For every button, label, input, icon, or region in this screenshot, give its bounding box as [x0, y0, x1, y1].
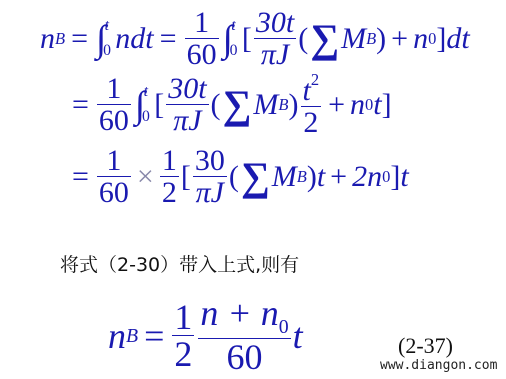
paren-open: ( [229, 160, 239, 194]
equals: = [71, 22, 88, 56]
paren-close: ) [289, 88, 299, 122]
dt: dt [446, 22, 469, 56]
sigma-icon: ∑ [223, 85, 252, 126]
paren-close: ) [307, 160, 317, 194]
bracket-open: [ [154, 88, 164, 122]
bracket-open: [ [181, 160, 191, 194]
plus: + [330, 160, 347, 194]
sub-b: B [278, 95, 288, 115]
fraction-30-piJ: 30πJ [193, 146, 227, 209]
var-n: n [108, 315, 126, 357]
integral-sign: ∫t0 [135, 84, 145, 127]
sub-0: 0 [428, 29, 436, 49]
caption-text: 将式（2-30）带入上式,则有 [60, 250, 299, 277]
bracket-close: ] [390, 160, 400, 194]
fraction-1-60: 160 [97, 146, 131, 209]
sub-0: 0 [382, 167, 390, 187]
var-m: M [272, 160, 297, 194]
var-t: t [400, 160, 408, 194]
plus: + [391, 22, 408, 56]
sub-b: B [55, 29, 65, 49]
sub-0: 0 [365, 95, 373, 115]
var-n0: n [350, 88, 365, 122]
sub-b: B [126, 325, 138, 348]
var-m: M [341, 22, 366, 56]
plus: + [328, 88, 345, 122]
bracket-close: ] [436, 22, 446, 56]
equals: = [160, 22, 177, 56]
paren-open: ( [211, 88, 221, 122]
sub-b: B [366, 29, 376, 49]
formula-line-2: = 160 ∫t0 [ 30tπJ (∑MB) t22 + n0t ] [66, 74, 392, 136]
var-t: t [373, 88, 381, 122]
var-n0: n [413, 22, 428, 56]
ndt: ndt [115, 22, 153, 56]
var-n: n [40, 22, 55, 56]
bracket-close: ] [382, 88, 392, 122]
equals: = [72, 88, 89, 122]
formula-line-4: nB = 12 n + n060 t [108, 296, 303, 376]
sigma-icon: ∑ [241, 157, 270, 198]
equals: = [144, 315, 164, 357]
bracket-open: [ [242, 22, 252, 56]
fraction-30t-piJ: 30tπJ [166, 74, 208, 137]
watermark: www.diangon.com [380, 358, 497, 373]
fraction-1-60: 160 [185, 8, 219, 71]
paren-close: ) [376, 22, 386, 56]
formula-line-3: = 160 × 12 [ 30πJ (∑MB)t + 2n0 ]t [66, 146, 409, 208]
sigma-icon: ∑ [310, 19, 339, 60]
times: × [137, 160, 154, 194]
paren-open: ( [298, 22, 308, 56]
fraction-1-60: 160 [97, 74, 131, 137]
fraction-n-n0-60: n + n060 [198, 295, 290, 377]
equals: = [72, 160, 89, 194]
term-2n0: 2n [352, 160, 382, 194]
fraction-1-2: 12 [172, 299, 194, 374]
sub-b: B [297, 167, 307, 187]
fraction-30t-piJ: 30tπJ [254, 8, 296, 71]
integral-sign: ∫t0 [223, 18, 233, 61]
var-t: t [293, 315, 303, 357]
fraction-t2-2: t22 [301, 72, 322, 138]
formula-line-1: nB = ∫t0 ndt = 160 ∫t0 [ 30tπJ (∑MB) + n… [40, 8, 470, 70]
integral-sign: ∫t0 [96, 18, 106, 61]
var-m: M [253, 88, 278, 122]
fraction-1-2: 12 [160, 146, 179, 209]
equation-number: (2-37) [398, 333, 453, 359]
var-t: t [317, 160, 325, 194]
